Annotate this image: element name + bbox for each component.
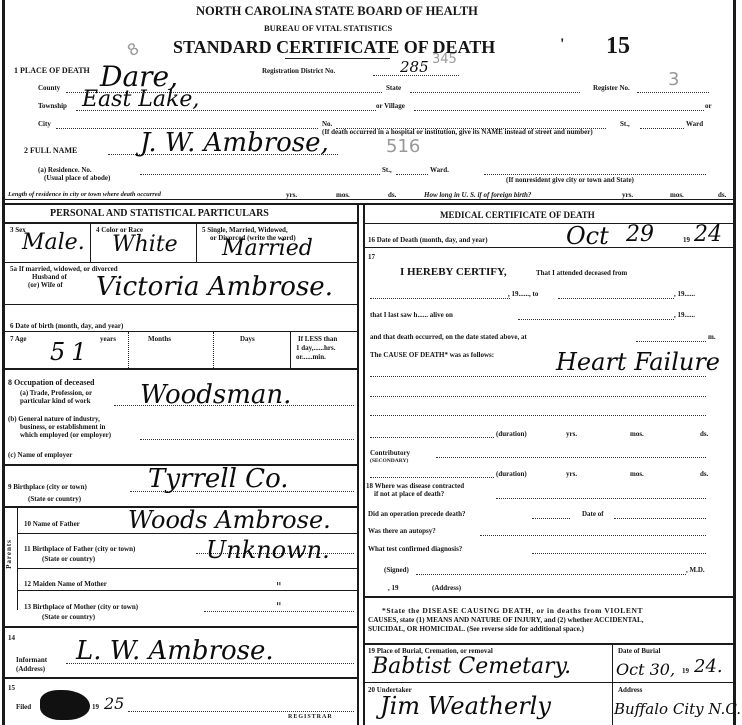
duration-mos-2: mos. (630, 470, 644, 478)
birthplace-label: 9 Birthplace (city or town) (8, 483, 87, 491)
undertaker-value: Jim Weatherly (380, 692, 551, 720)
signed-19: , 19 (388, 584, 399, 592)
corner-mark: 8 (124, 39, 142, 61)
parents-label: Parents (5, 539, 13, 569)
death-date-day: 29 (626, 222, 654, 247)
spouse-label-2: Husband of (32, 273, 67, 281)
trade-value: Woodsman. (140, 380, 291, 410)
place-of-death-label: 1 PLACE OF DEATH (14, 66, 90, 75)
board-title: NORTH CAROLINA STATE BOARD OF HEALTH (196, 6, 478, 17)
dob-label: 6 Date of birth (month, day, and year) (10, 322, 123, 330)
residence-length-label: Length of residence in city or town wher… (8, 191, 161, 199)
left-border (2, 0, 5, 725)
length-mos: mos. (336, 191, 350, 199)
footnote-2: CAUSES, state (1) MEANS AND NATURE OF IN… (368, 616, 644, 624)
title-underline (285, 58, 390, 59)
industry-label-1: (b) General nature of industry, (8, 415, 100, 423)
death-year-prefix: 19 (683, 236, 690, 244)
less-than-label-1: If LESS than (298, 335, 337, 343)
village-label: or Village (376, 102, 405, 110)
certify-text: That I attended deceased from (536, 269, 627, 277)
county-label: County (38, 84, 60, 92)
informant-sub: (Address) (16, 665, 45, 673)
marital-value: Married (222, 236, 313, 261)
registration-label: Registration District No. (262, 67, 335, 75)
residence-ward-label: Ward. (430, 166, 449, 174)
industry-label-2: business, or establishment in (20, 423, 105, 431)
informant-label: Informant (16, 656, 47, 664)
nonresident-note: (If nonresident give city or town and St… (506, 176, 634, 184)
length-yrs: yrs. (286, 191, 297, 199)
burial-date-value: Oct 30, (616, 660, 675, 679)
months-label: Months (148, 335, 171, 343)
footnote-3: SUICIDAL, OR HOMICIDAL. (See reverse sid… (368, 625, 584, 633)
city-no-label: No. (322, 120, 332, 128)
title-mark: ' (560, 36, 564, 54)
years-label: years (100, 335, 116, 343)
duration-yrs-2: yrs. (566, 470, 577, 478)
mother-birthplace-value: " (276, 600, 282, 614)
registration-pencil: 345 (432, 52, 457, 67)
birthplace-value: Tyrrell Co. (148, 464, 289, 494)
address-label: (Address) (432, 584, 461, 592)
contracted-label-1: 18 Where was disease contracted (366, 482, 464, 490)
center-divider-inner (363, 203, 365, 725)
less-than-label-2: 1 day,......hrs. (296, 344, 335, 352)
state-label: State (386, 84, 401, 92)
register-no-value: 3 (668, 69, 679, 90)
operation-date-label: Date of (582, 510, 604, 518)
occurred-label: and that death occurred, on the date sta… (370, 333, 527, 341)
residence-st-label: St., (382, 166, 392, 174)
mother-label: 12 Maiden Name of Mother (24, 580, 107, 588)
certify-line-19b: , 19...... (674, 290, 695, 298)
full-name-label: 2 FULL NAME (24, 146, 77, 155)
operation-label: Did an operation precede death? (368, 510, 465, 518)
residence-rule (4, 199, 734, 200)
medical-heading: MEDICAL CERTIFICATE OF DEATH (440, 210, 595, 221)
center-divider (357, 203, 359, 725)
duration-yrs-1: yrs. (566, 430, 577, 438)
contracted-label-2: if not at place of death? (374, 490, 444, 498)
mother-birthplace-sub: (State or country) (42, 613, 95, 621)
occupation-label: 8 Occupation of deceased (8, 378, 94, 387)
burial-place-value: Babtist Cemetary. (372, 654, 571, 679)
mother-birthplace-label: 13 Birthplace of Mother (city or town) (24, 603, 138, 611)
foreign-mos: mos. (670, 191, 684, 199)
last-saw-label: that I last saw h...... alive on (370, 311, 453, 319)
foreign-label: How long in U. S. if of foreign birth? (424, 191, 531, 199)
last-saw-19: , 19...... (674, 311, 695, 319)
filed-year-prefix: 19 (92, 703, 99, 711)
foreign-yrs: yrs. (622, 191, 633, 199)
duration-mos-1: mos. (630, 430, 644, 438)
death-year: 24 (694, 222, 722, 247)
cause-value: Heart Failure (556, 348, 720, 376)
trade-label-1: (a) Trade, Profession, or (20, 389, 92, 397)
township-label: Township (38, 102, 67, 110)
duration-ds-2: ds. (700, 470, 708, 478)
register-no-label: Register No. (593, 84, 630, 92)
certificate-number: 15 (606, 32, 630, 60)
length-ds: ds. (388, 191, 396, 199)
bureau-title: BUREAU OF VITAL STATISTICS (264, 24, 392, 32)
filed-smudge (40, 690, 90, 720)
father-birthplace-sub: (State or country) (42, 555, 95, 563)
informant-value: L. W. Ambrose. (76, 636, 274, 666)
registrar-label: REGISTRAR (288, 714, 333, 720)
burial-date-label: Date of Burial (618, 647, 660, 655)
signed-label: (Signed) (384, 566, 409, 574)
autopsy-label: Was there an autopsy? (368, 527, 436, 535)
personal-heading: PERSONAL AND STATISTICAL PARTICULARS (50, 208, 269, 219)
race-value: White (112, 232, 178, 257)
md-label: , M.D. (686, 566, 705, 574)
spouse-value: Victoria Ambrose. (96, 272, 333, 302)
contributory-label: Contributory (370, 449, 410, 457)
duration-ds-1: ds. (700, 430, 708, 438)
township-value: East Lake, (82, 87, 199, 112)
mother-value: " (276, 580, 282, 594)
secondary-label: (SECONDARY) (370, 458, 408, 464)
cause-label: The CAUSE OF DEATH* was as follows: (370, 351, 494, 359)
city-st-label: St., (620, 120, 630, 128)
undertaker-address-label: Address (618, 686, 642, 694)
informant-number: 14 (8, 634, 15, 642)
marital-label-1: 5 Single, Married, Widowed, (202, 226, 288, 234)
trade-label-2: particular kind of work (20, 397, 90, 405)
spouse-label-3: (or) Wife of (28, 281, 63, 289)
filed-number: 15 (8, 684, 15, 692)
days-label: Days (240, 335, 255, 343)
right-border (733, 0, 736, 725)
parents-divider (17, 506, 18, 610)
certify-heading: I HEREBY CERTIFY, (400, 266, 507, 278)
occurred-m: m. (708, 333, 716, 341)
burial-year: 24. (694, 656, 723, 677)
burial-year-prefix: 19 (682, 667, 689, 675)
city-label: City (38, 120, 51, 128)
father-value: Woods Ambrose. (128, 506, 331, 534)
less-than-label-3: or......min. (296, 353, 326, 361)
full-name-pencil: 516 (386, 136, 420, 157)
sex-value: Male. (22, 230, 85, 255)
certify-line-19a: , 19......, to (508, 290, 538, 298)
employer-label: (c) Name of employer (8, 451, 72, 459)
birthplace-sub: (State or country) (28, 495, 81, 503)
father-birthplace-label: 11 Birthplace of Father (city or town) (24, 545, 135, 553)
undertaker-address-value: Buffalo City N.C. (614, 700, 741, 718)
duration-label-1: (duration) (496, 430, 527, 438)
full-name-value: J. W. Ambrose, (140, 128, 329, 158)
test-label: What test confirmed diagnosis? (368, 545, 462, 553)
age-label: 7 Age (10, 335, 27, 343)
or-label: or (705, 102, 712, 110)
section-rule (4, 203, 734, 205)
age-value: 51 (50, 338, 93, 366)
filed-year: 25 (104, 694, 124, 713)
duration-label-2: (duration) (496, 470, 527, 478)
father-birthplace-value: Unknown. (206, 536, 330, 564)
residence-label: (a) Residence. No. (38, 166, 92, 174)
filed-label: Filed (16, 703, 31, 711)
item-17: 17 (368, 253, 375, 261)
foreign-ds: ds. (718, 191, 726, 199)
father-label: 10 Name of Father (24, 520, 80, 528)
death-date-label: 16 Date of Death (month, day, and year) (368, 236, 488, 244)
death-date-month: Oct (566, 222, 609, 250)
footnote-1: *State the DISEASE CAUSING DEATH, or in … (382, 607, 643, 615)
registration-value: 285 (400, 58, 429, 76)
residence-sublabel: (Usual place of abode) (44, 174, 110, 182)
hospital-note: (If death occurred in a hospital or inst… (322, 128, 593, 136)
industry-label-3: which employed (or employer) (20, 431, 111, 439)
city-ward-label: Ward (686, 120, 703, 128)
